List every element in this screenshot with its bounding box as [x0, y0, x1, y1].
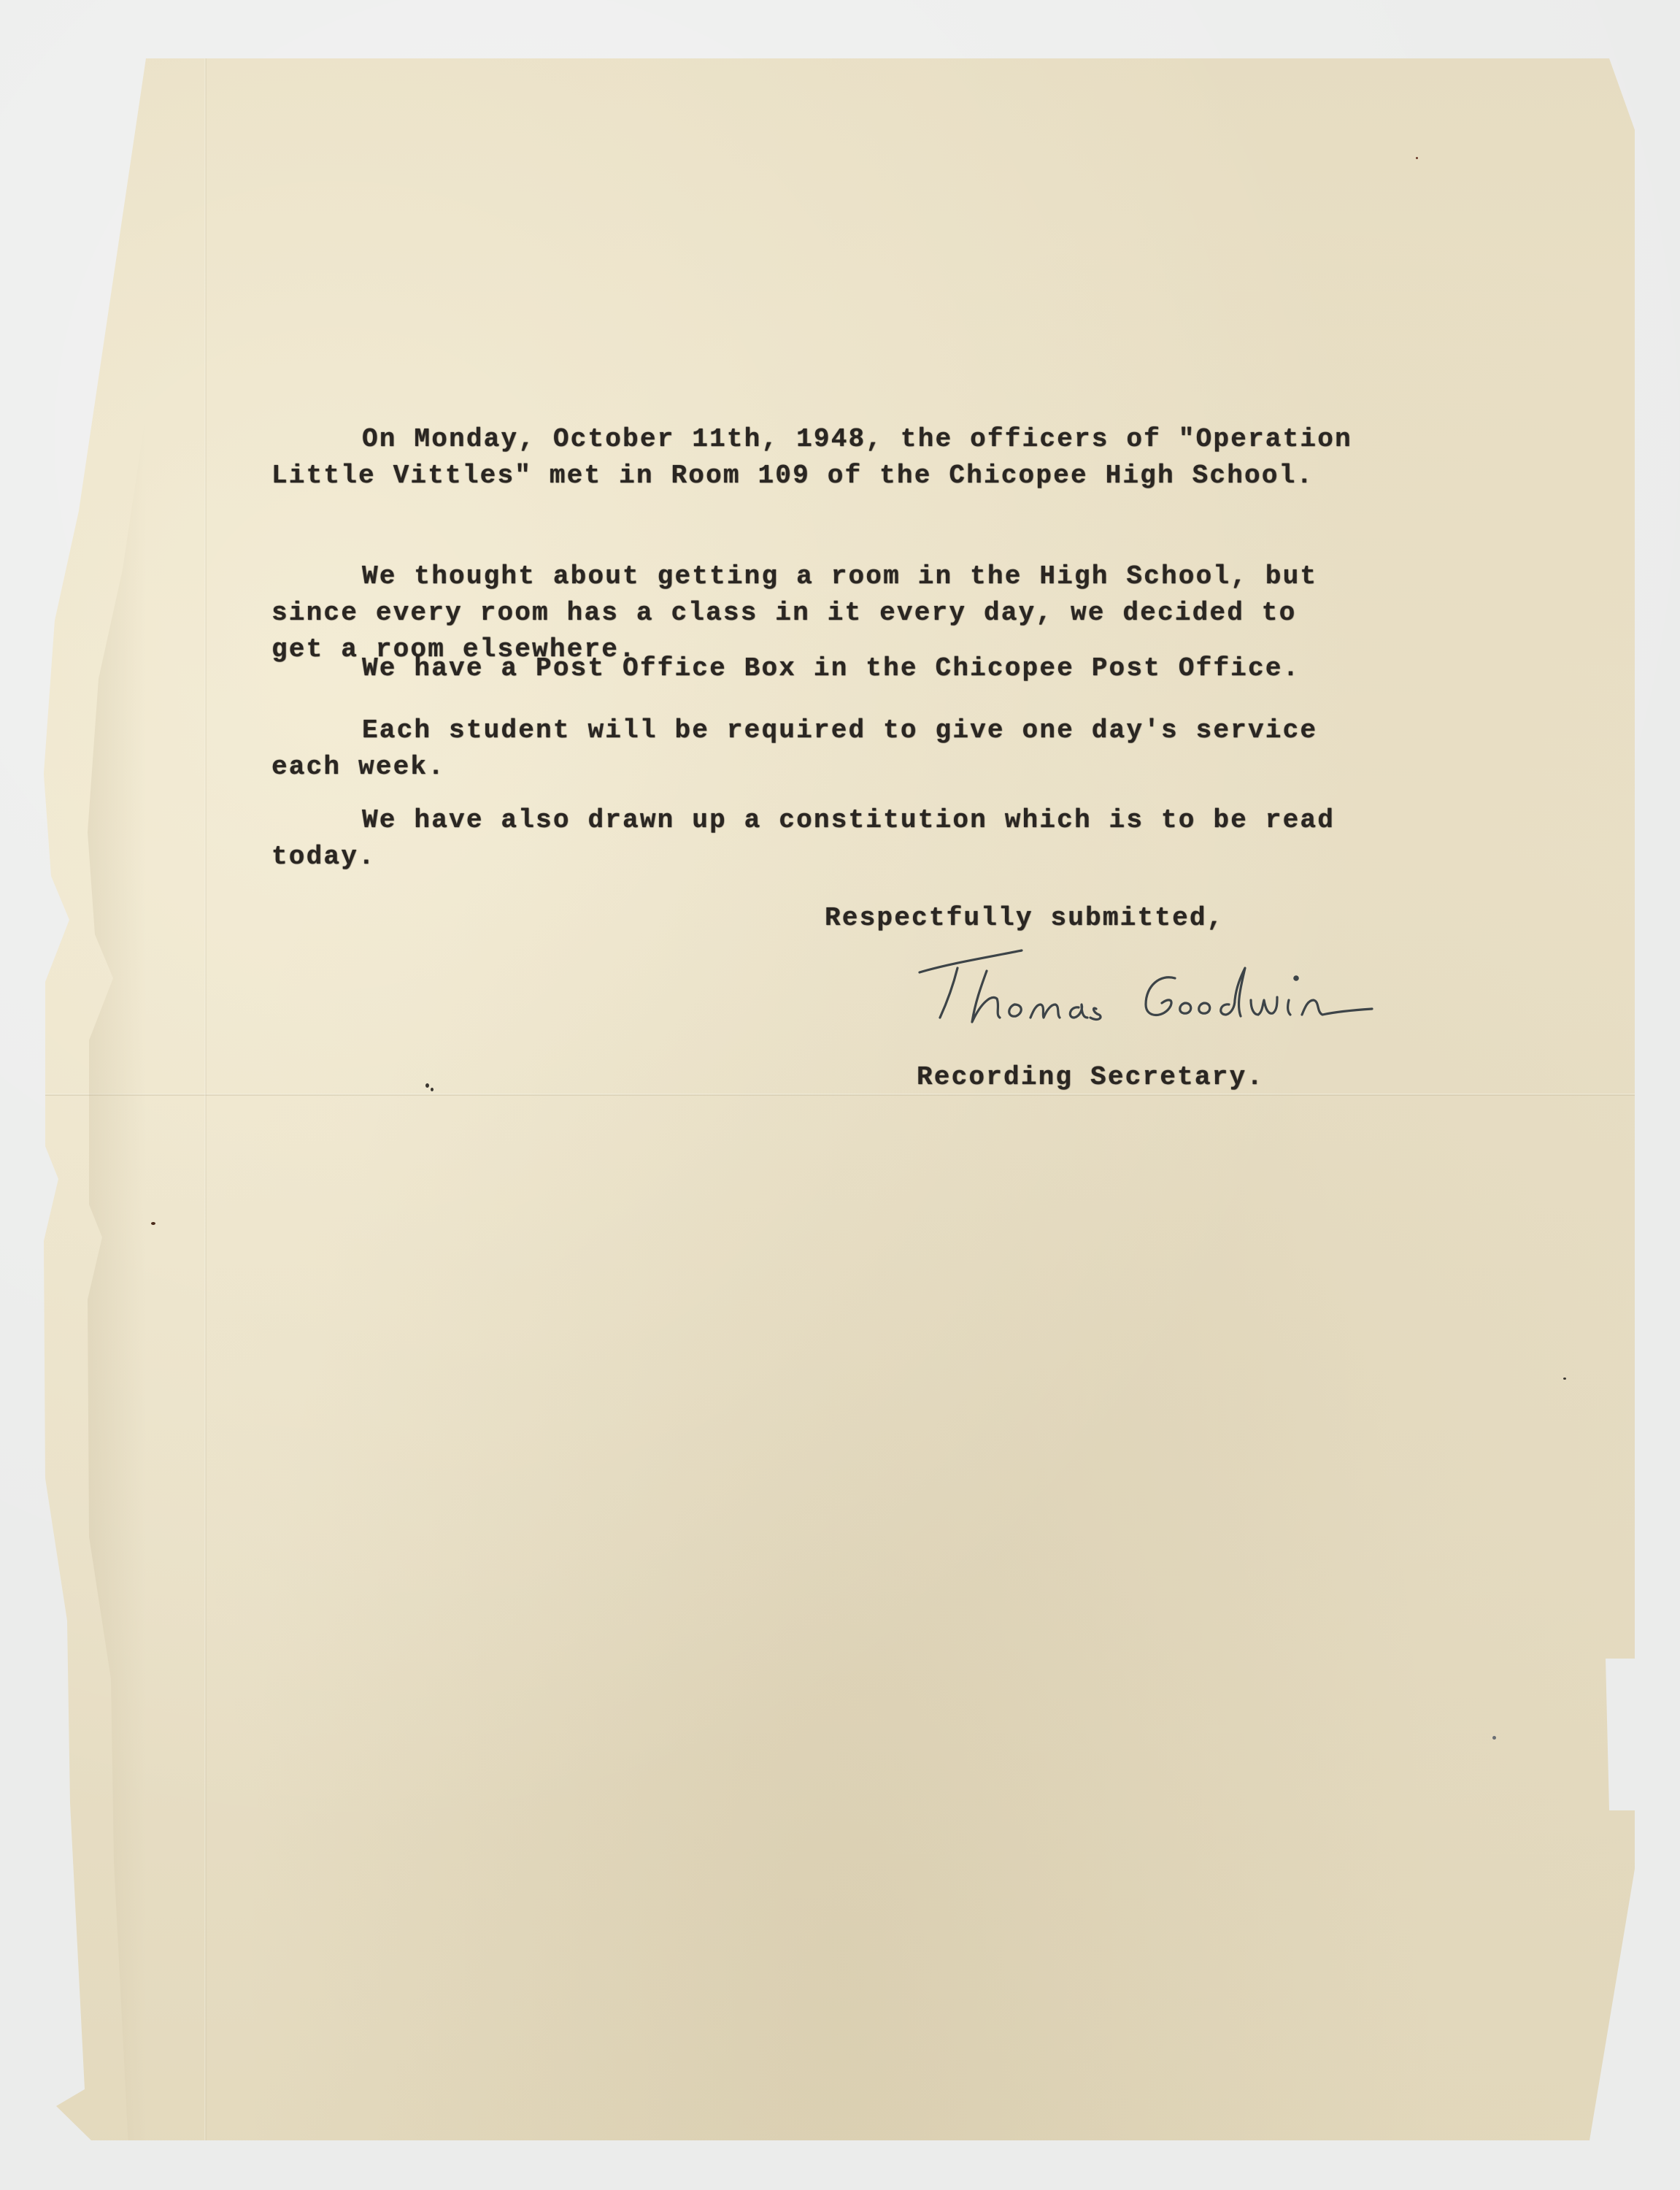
- paragraph-2-line-2: since every room has a class in it every…: [271, 600, 1296, 626]
- paragraph-5-line-1: We have also drawn up a constitution whi…: [362, 807, 1335, 834]
- signer-title: Recording Secretary.: [917, 1064, 1264, 1091]
- paragraph-1-line-1: On Monday, October 11th, 1948, the offic…: [362, 426, 1352, 453]
- closing-salutation: Respectfully submitted,: [825, 905, 1224, 931]
- ink-speck: [1416, 157, 1418, 159]
- ink-speck: [431, 1088, 434, 1091]
- paper-sheet: On Monday, October 11th, 1948, the offic…: [0, 0, 1680, 2190]
- ink-speck: [425, 1083, 429, 1088]
- paragraph-1-line-2: Little Vittles" met in Room 109 of the C…: [271, 463, 1314, 489]
- vertical-fold-line: [204, 58, 207, 2140]
- ink-speck: [1492, 1736, 1496, 1740]
- paragraph-2-line-1: We thought about getting a room in the H…: [362, 564, 1317, 590]
- ink-speck: [1563, 1378, 1566, 1380]
- paragraph-4-line-1: Each student will be required to give on…: [362, 718, 1317, 744]
- paragraph-3-line-1: We have a Post Office Box in the Chicope…: [362, 656, 1300, 682]
- paragraph-5-line-2: today.: [271, 844, 376, 870]
- horizontal-fold-line: [44, 1094, 1635, 1096]
- handwritten-signature: [905, 942, 1416, 1037]
- paragraph-4-line-2: each week.: [271, 754, 445, 780]
- ink-speck: [151, 1222, 155, 1225]
